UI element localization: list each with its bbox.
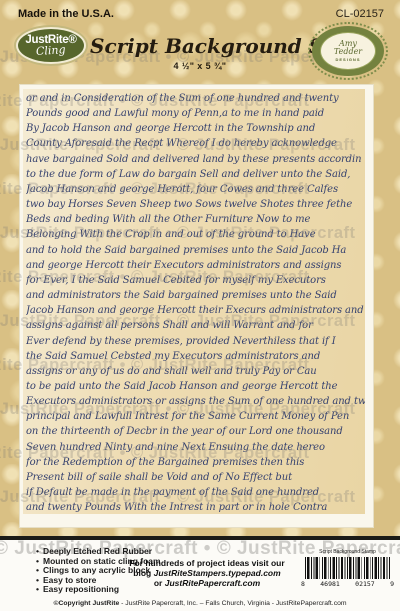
amy-tedder-designs-badge: Amy Tedder DESIGNS [312, 26, 384, 76]
script-line: to be paid unto the Said Jacob Hanson an… [26, 379, 365, 394]
script-line: and to hold the Said bargained premises … [26, 243, 365, 258]
bullet-dot: • [36, 575, 39, 585]
script-line: assigns or any of us do and shall well a… [26, 364, 365, 379]
bullet-dot: • [36, 565, 39, 575]
script-line: on the thirteenth of Decbr in the year o… [26, 424, 365, 439]
promo-line-2: blog JustRiteStampers.typepad.com [118, 568, 296, 578]
script-line: the Said Samuel Cebsted my Executors adm… [26, 349, 365, 364]
script-line: and administrators the Said bargained pr… [26, 288, 365, 303]
promo-text: For hundreds of project ideas visit our … [118, 558, 296, 588]
justrite-cling-logo: JustRite® Cling [16, 27, 86, 64]
product-title: Script Background Stamp [90, 34, 310, 58]
barcode-digits: 8 46981 02157 9 [301, 580, 394, 588]
copyright-bold: ©Copyright JustRite [53, 600, 119, 607]
barcode: Script Background Stamp 8 46981 02157 9 [301, 549, 394, 588]
badge-inner-oval: Amy Tedder DESIGNS [320, 32, 376, 70]
copyright-rest: - JustRite Papercraft, Inc. – Falls Chur… [119, 600, 346, 607]
script-line: Present bill of saile shall be Void and … [26, 470, 365, 485]
script-line: Executors administrators or assigns the … [26, 394, 365, 409]
barcode-bars [305, 557, 390, 579]
made-in-usa-label: Made in the U.S.A. [18, 8, 114, 20]
script-line: County Aforesaid the Recpt Whereof I do … [26, 136, 365, 151]
script-line: Beds and beding With all the Other Furni… [26, 212, 365, 227]
script-line: assigns against all persons Shall and wi… [26, 318, 365, 333]
logo-cling-script: Cling [36, 45, 66, 57]
bullet-dot: • [36, 556, 39, 566]
script-line: Belonging With the Crop in and out of th… [26, 227, 365, 242]
script-line: Pounds good and Lawful mony of Penn,a to… [26, 106, 365, 121]
script-line: and twenty Pounds With the Intrest in pa… [26, 500, 365, 514]
script-paper: or and in Consideration of the Sum of on… [23, 89, 365, 514]
promo-line-3: or JustRitePapercraft.com [118, 578, 296, 588]
script-line: if Default be made in the payment of the… [26, 485, 365, 500]
product-packaging: or and in Consideration of the Sum of on… [0, 0, 400, 611]
bullet-dot: • [36, 584, 39, 594]
copyright-line: ©Copyright JustRite - JustRite Papercraf… [0, 600, 400, 607]
script-line: By Jacob Hanson and george Hercott in th… [26, 121, 365, 136]
product-code: CL-02157 [336, 8, 384, 20]
script-line: for Ever, I the Said Samuel Cebited for … [26, 273, 365, 288]
script-line: Jacob Hanson and george Hercott their Ex… [26, 303, 365, 318]
badge-designer-last-name: Tedder [334, 48, 362, 56]
script-line: Seven hundred Ninty and nine Next Ensuin… [26, 440, 365, 455]
script-line: two bay Horses Seven Sheep two Sows twel… [26, 197, 365, 212]
script-line: principal and Lawfull Intrest for the Sa… [26, 409, 365, 424]
website-url: JustRitePapercraft.com [165, 578, 260, 588]
bullet-dot: • [36, 546, 39, 556]
badge-designs-label: DESIGNS [335, 57, 360, 62]
stamp-photo: or and in Consideration of the Sum of on… [20, 85, 373, 527]
script-line: and george Hercott their Executors admin… [26, 258, 365, 273]
script-line: Jacob Hanson and george Herott, four Cow… [26, 182, 365, 197]
script-line: or and in Consideration of the Sum of on… [26, 91, 365, 106]
script-line: to the due form of Law do bargain Sell a… [26, 167, 365, 182]
script-line: have bargained Sold and delivered land b… [26, 152, 365, 167]
script-line: Ever defend by these premises, provided … [26, 334, 365, 349]
blog-url: JustRiteStampers.typepad.com [154, 568, 281, 578]
promo-line-1: For hundreds of project ideas visit our [118, 558, 296, 568]
barcode-label: Script Background Stamp [301, 549, 394, 555]
script-line: for the Redemption of the Bargained prem… [26, 455, 365, 470]
